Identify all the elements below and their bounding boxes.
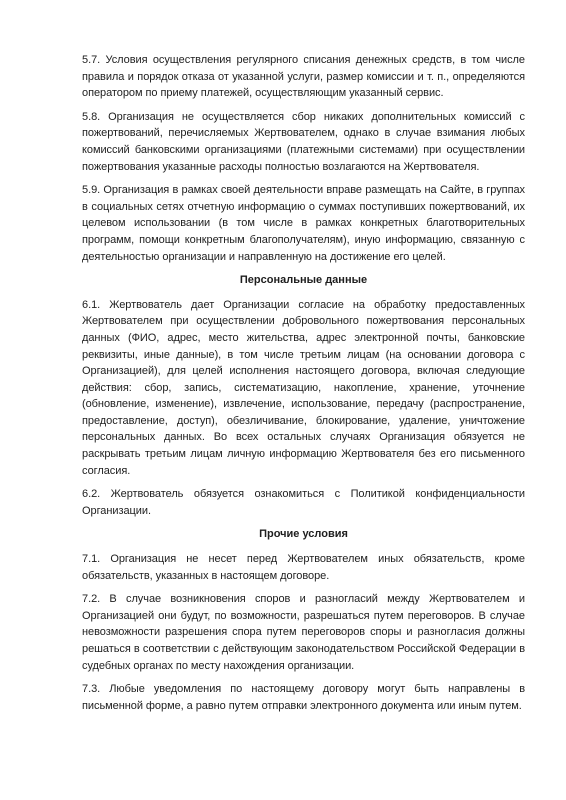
section-heading-other-terms: Прочие условия [82,526,525,543]
paragraph-7-3: 7.3. Любые уведомления по настоящему дог… [82,681,525,714]
paragraph-7-1: 7.1. Организация не несет перед Жертвова… [82,551,525,584]
paragraph-6-2: 6.2. Жертвователь обязуется ознакомиться… [82,486,525,519]
paragraph-7-2: 7.2. В случае возникновения споров и раз… [82,591,525,674]
paragraph-6-1: 6.1. Жертвователь дает Организации согла… [82,297,525,480]
document-page: 5.7. Условия осуществления регулярного с… [82,52,525,721]
section-heading-personal-data: Персональные данные [82,272,525,289]
paragraph-5-9: 5.9. Организация в рамках своей деятельн… [82,182,525,265]
paragraph-5-7: 5.7. Условия осуществления регулярного с… [82,52,525,102]
paragraph-5-8: 5.8. Организация не осуществляется сбор … [82,109,525,175]
